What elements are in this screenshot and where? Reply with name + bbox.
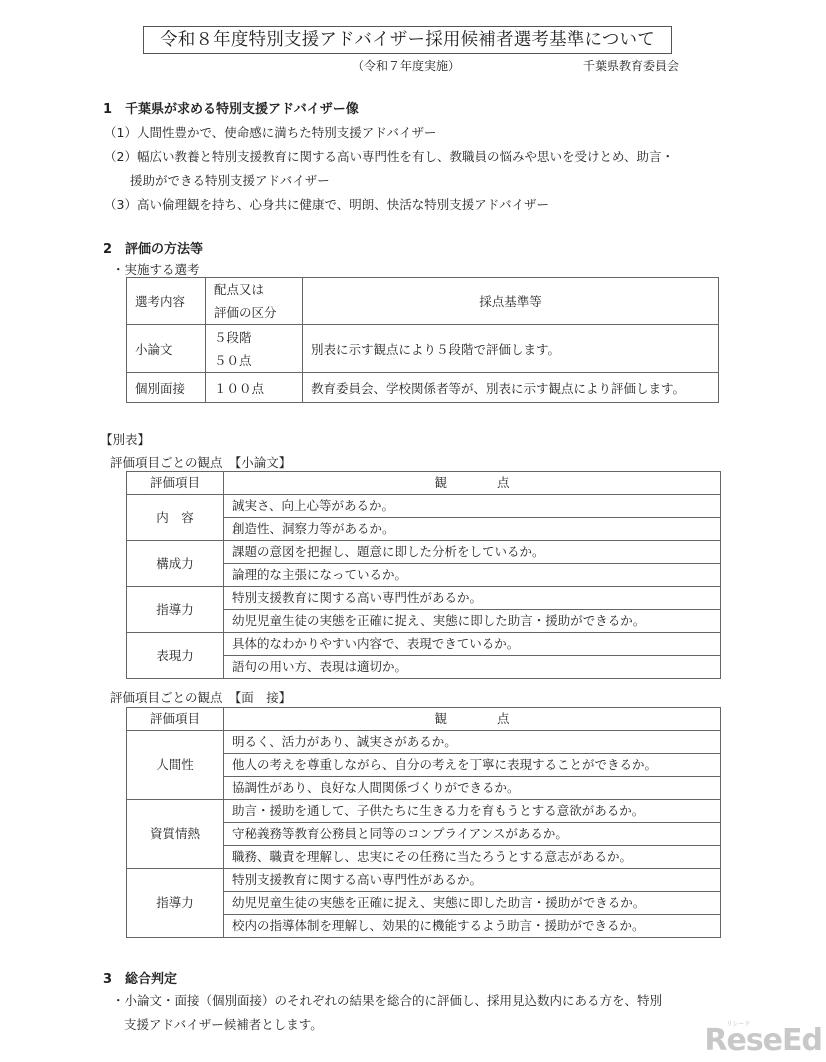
interview-criteria-table: 評価項目 観 点 人間性 明るく、活力があり、誠実さがあるか。 他人の考えを尊重… [126,707,721,938]
table-row: 内 容 誠実さ、向上心等があるか。 [127,495,721,518]
header-criteria: 採点基準等 [303,278,719,325]
selection-table: 選考内容 配点又は 評価の区分 採点基準等 小論文 ５段階 ５０点 別表に示す観… [126,277,719,403]
section2-heading: 2 評価の方法等 [103,238,203,257]
table-row: 人間性 明るく、活力があり、誠実さがあるか。 [127,731,721,754]
point: 明るく、活力があり、誠実さがあるか。 [224,731,721,754]
point: 職務、職責を理解し、忠実にその任務に当たろうとする意志があるか。 [224,846,721,869]
row-type: 個別面接 [127,373,206,403]
row-type: 小論文 [127,325,206,373]
point: 校内の指導体制を理解し、効果的に機能するよう助言・援助ができるか。 [224,915,721,938]
row-score: １００点 [206,373,303,403]
section1-item-1: （1）人間性豊かで、使命感に満ちた特別支援アドバイザー [104,123,436,141]
selection-table-header: 選考内容 配点又は 評価の区分 採点基準等 [127,278,719,325]
header-score-line1: 配点又は [214,278,302,301]
point: 誠実さ、向上心等があるか。 [224,495,721,518]
header-item: 評価項目 [127,708,224,731]
interview-table-header: 評価項目 観 点 [127,708,721,731]
section1-heading: 1 千葉県が求める特別支援アドバイザー像 [103,98,359,117]
section1-item-2-cont: 援助ができる特別支援アドバイザー [130,171,330,189]
item-label: 表現力 [127,633,224,679]
logo-ruby: リシード [726,1019,750,1028]
essay-table-header: 評価項目 観 点 [127,472,721,495]
point: 幼児児童生徒の実態を正確に捉え、実態に即した助言・援助ができるか。 [224,892,721,915]
row-score: ５段階 ５０点 [206,325,303,373]
implementation-year: （令和７年度実施） [352,57,460,74]
section2-bullet: ・実施する選考 [112,260,200,278]
appendix-label: 【別表】 [100,430,150,448]
row-criteria: 教育委員会、学校関係者等が、別表に示す観点により評価します。 [303,373,719,403]
table-row: 指導力 特別支援教育に関する高い専門性があるか。 [127,869,721,892]
item-label: 指導力 [127,869,224,938]
item-label: 構成力 [127,541,224,587]
point: 協調性があり、良好な人間関係づくりができるか。 [224,777,721,800]
section3-line2: 支援アドバイザー候補者とします。 [124,1015,323,1033]
document-title: 令和８年度特別支援アドバイザー採用候補者選考基準について [143,26,672,54]
point: 論理的な主張になっているか。 [224,564,721,587]
point: 幼児児童生徒の実態を正確に捉え、実態に即した助言・援助ができるか。 [224,610,721,633]
table-row: 小論文 ５段階 ５０点 別表に示す観点により５段階で評価します。 [127,325,719,373]
point: 他人の考えを尊重しながら、自分の考えを丁寧に表現することができるか。 [224,754,721,777]
header-item: 評価項目 [127,472,224,495]
section1-item-3: （3）高い倫理観を持ち、心身共に健康で、明朗、快活な特別支援アドバイザー [104,195,549,213]
issuer: 千葉県教育委員会 [583,57,679,74]
reseed-logo: リシード ReseEd [704,1023,822,1058]
item-label: 資質情熱 [127,800,224,869]
table-row: 構成力 課題の意図を把握し、題意に即した分析をしているか。 [127,541,721,564]
item-label: 指導力 [127,587,224,633]
point: 特別支援教育に関する高い専門性があるか。 [224,587,721,610]
point: 語句の用い方、表現は適切か。 [224,656,721,679]
table-row: 指導力 特別支援教育に関する高い専門性があるか。 [127,587,721,610]
item-label: 内 容 [127,495,224,541]
item-label: 人間性 [127,731,224,800]
header-points: 観 点 [224,472,721,495]
logo-text: ReseEd [704,1023,822,1058]
essay-criteria-table: 評価項目 観 点 内 容 誠実さ、向上心等があるか。 創造性、洞察力等があるか。… [126,471,721,679]
table-row: 資質情熱 助言・援助を通して、子供たちに生きる力を育もうとする意欲があるか。 [127,800,721,823]
section1-item-2: （2）幅広い教養と特別支援教育に関する高い専門性を有し、教職員の悩みや思いを受け… [104,147,674,165]
header-type: 選考内容 [127,278,206,325]
point: 守秘義務等教育公務員と同等のコンプライアンスがあるか。 [224,823,721,846]
point: 創造性、洞察力等があるか。 [224,518,721,541]
point: 助言・援助を通して、子供たちに生きる力を育もうとする意欲があるか。 [224,800,721,823]
point: 具体的なわかりやすい内容で、表現できているか。 [224,633,721,656]
row-score-line2: ５０点 [214,349,302,372]
table-row: 表現力 具体的なわかりやすい内容で、表現できているか。 [127,633,721,656]
section3-line1: ・小論文・面接（個別面接）のそれぞれの結果を総合的に評価し、採用見込数内にある方… [112,991,662,1009]
row-criteria: 別表に示す観点により５段階で評価します。 [303,325,719,373]
header-points: 観 点 [224,708,721,731]
point: 特別支援教育に関する高い専門性があるか。 [224,869,721,892]
header-score: 配点又は 評価の区分 [206,278,303,325]
essay-caption: 評価項目ごとの観点 【小論文】 [110,453,291,471]
point: 課題の意図を把握し、題意に即した分析をしているか。 [224,541,721,564]
header-score-line2: 評価の区分 [214,301,302,324]
table-row: 個別面接 １００点 教育委員会、学校関係者等が、別表に示す観点により評価します。 [127,373,719,403]
row-score-line1: ５段階 [214,326,302,349]
section3-heading: 3 総合判定 [103,968,177,987]
interview-caption: 評価項目ごとの観点 【面 接】 [110,688,291,706]
